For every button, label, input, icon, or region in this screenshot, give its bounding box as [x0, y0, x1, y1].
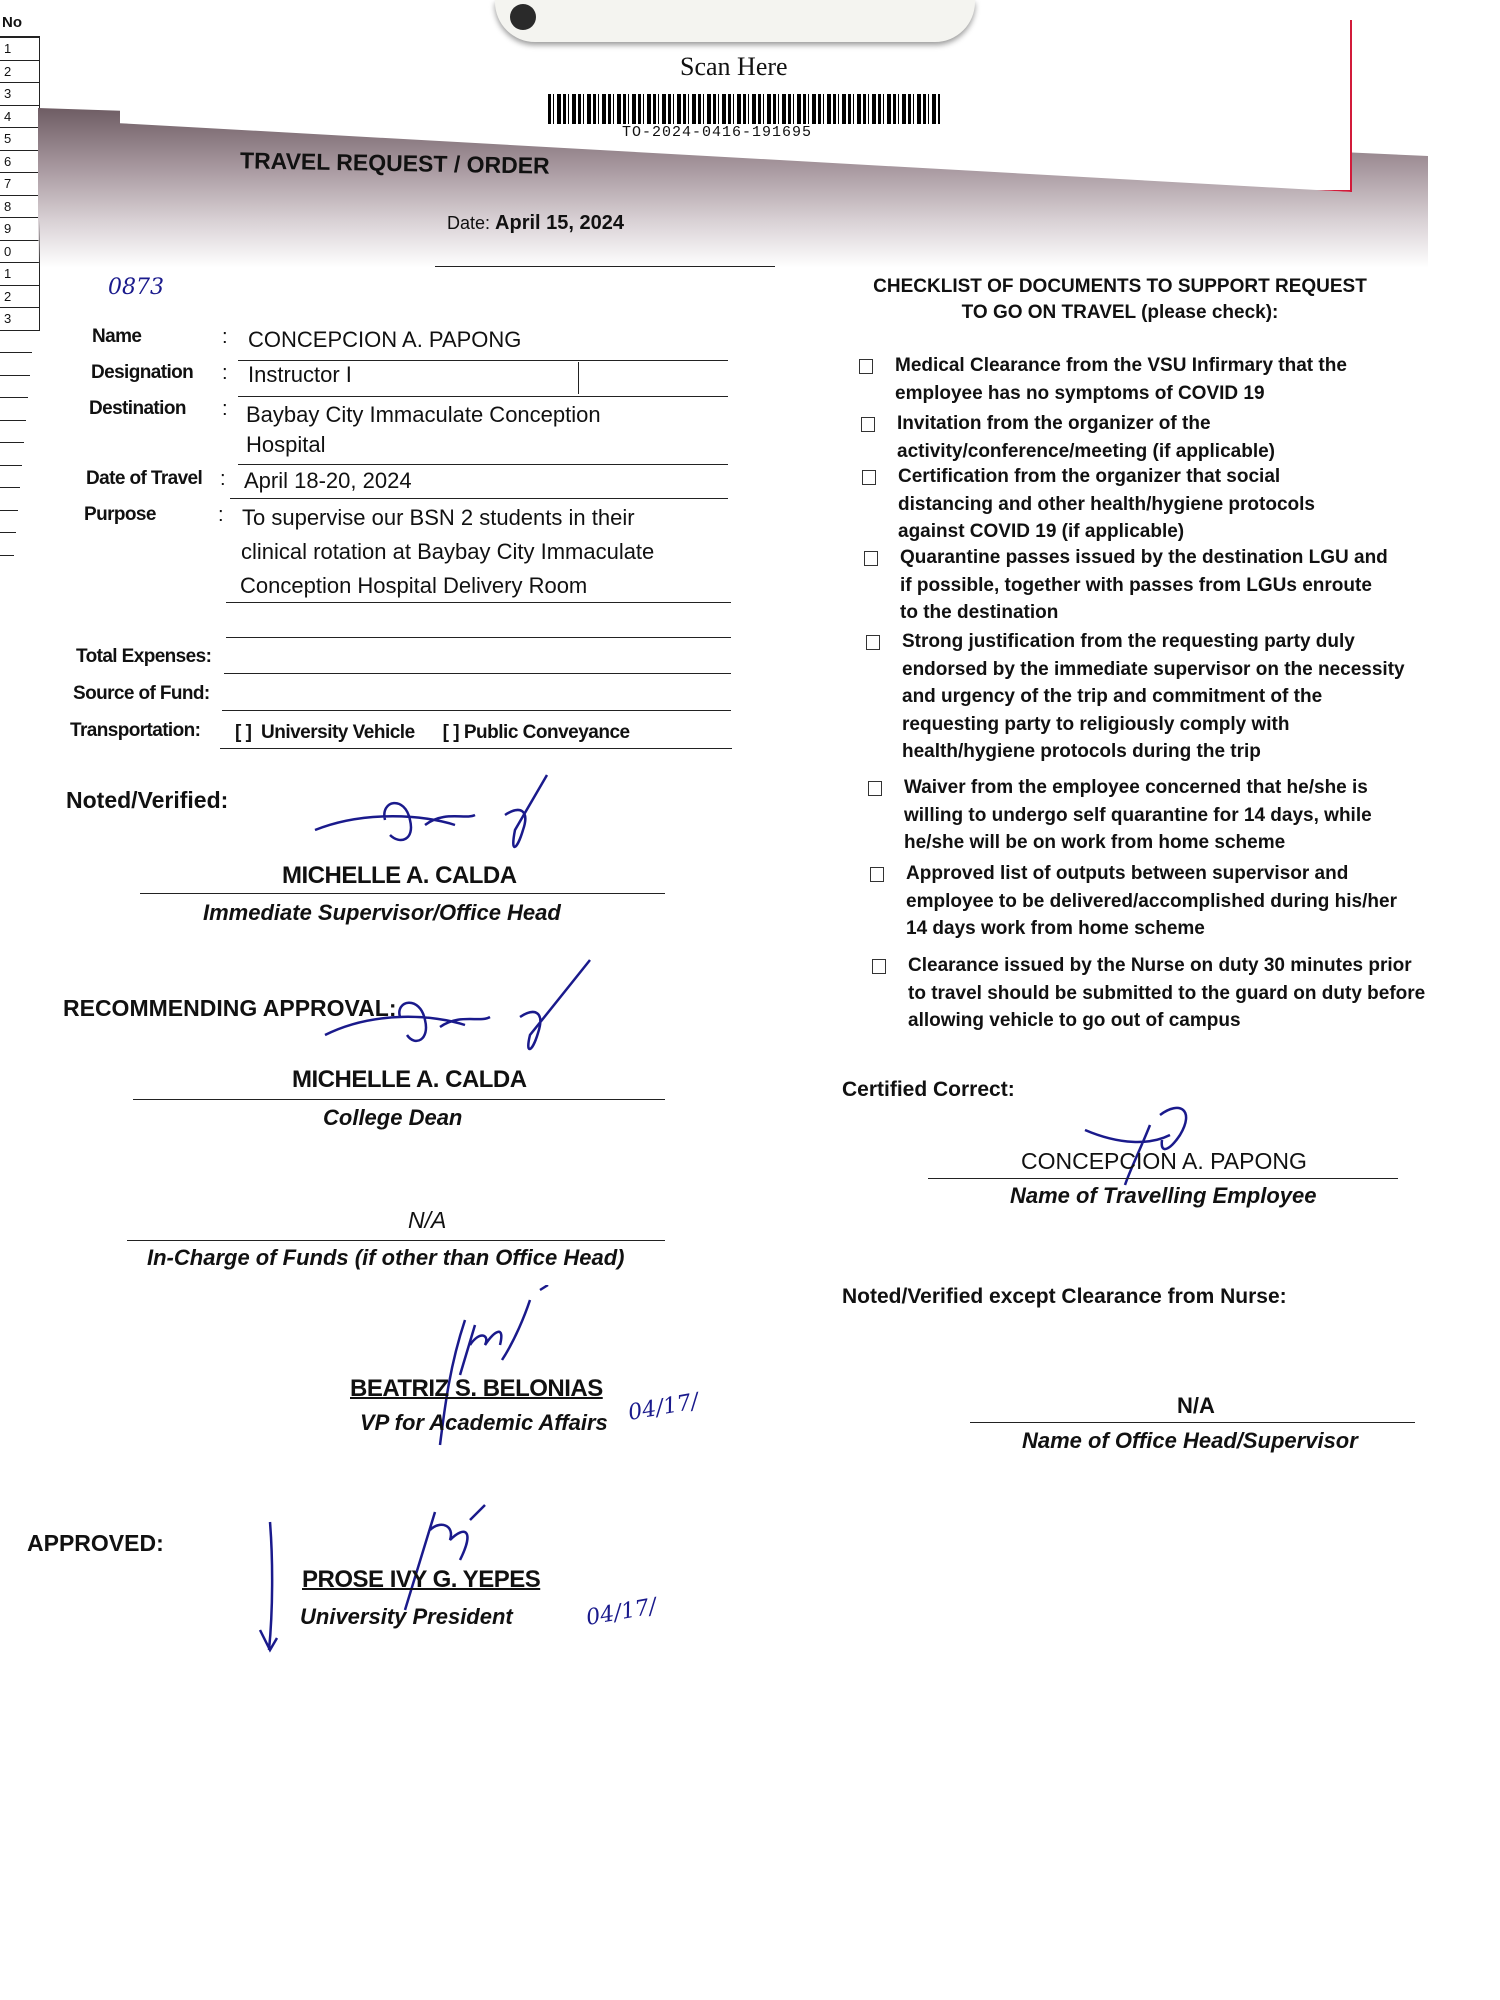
total-expenses-label: Total Expenses:	[76, 646, 211, 668]
checklist-item: Certification from the organizer that so…	[858, 463, 1378, 546]
index-number-column: No 1234567890123	[0, 14, 40, 556]
source-of-fund-field[interactable]	[222, 710, 731, 711]
date-label: Date:	[447, 213, 490, 233]
purpose-line-3[interactable]: Conception Hospital Delivery Room	[240, 573, 587, 599]
colon: :	[220, 468, 226, 491]
noted-verified-name: MICHELLE A. CALDA	[282, 862, 517, 890]
signature-line	[928, 1178, 1398, 1179]
signature-line	[970, 1422, 1415, 1423]
destination-underline	[238, 464, 728, 465]
colon: :	[222, 362, 228, 385]
checklist-item-text: Waiver from the employee concerned that …	[904, 774, 1424, 857]
index-cell: 6	[0, 151, 40, 174]
date-value: April 15, 2024	[495, 212, 624, 234]
nurse-exception-heading: Noted/Verified except Clearance from Nur…	[842, 1285, 1287, 1309]
checklist-title: CHECKLIST OF DOCUMENTS TO SUPPORT REQUES…	[870, 274, 1370, 326]
checkbox[interactable]	[872, 959, 886, 974]
checkbox-bracket: [ ]	[443, 722, 459, 743]
vp-name: BEATRIZ S. BELONIAS	[350, 1375, 603, 1403]
checklist-item-text: Quarantine passes issued by the destinat…	[900, 544, 1390, 627]
funds-role: In-Charge of Funds (if other than Office…	[147, 1245, 625, 1271]
university-vehicle-option[interactable]: [ ] University Vehicle	[235, 722, 415, 744]
designation-value[interactable]: Instructor I	[248, 362, 352, 388]
date-underline	[435, 266, 775, 267]
index-cell: 5	[0, 128, 40, 151]
checklist-item-text: Invitation from the organizer of the act…	[897, 410, 1377, 465]
vp-role: VP for Academic Affairs	[360, 1410, 608, 1436]
signature-line	[133, 1099, 665, 1100]
recommending-role: College Dean	[323, 1105, 462, 1131]
checklist-item-text: Strong justification from the requesting…	[902, 628, 1407, 766]
handwritten-control-number: 0873	[108, 275, 164, 300]
index-header: No	[0, 14, 40, 38]
public-conveyance-label: Public Conveyance	[464, 722, 630, 743]
transportation-label: Transportation:	[70, 720, 200, 742]
date-of-travel-underline	[230, 498, 728, 499]
nurse-exception-name: N/A	[1177, 1393, 1215, 1419]
approved-name: PROSE IVY G. YEPES	[302, 1566, 540, 1594]
index-cell: 3	[0, 83, 40, 106]
name-label: Name	[92, 326, 141, 348]
index-cell	[0, 353, 30, 376]
designation-label: Designation	[91, 362, 193, 384]
checkbox[interactable]	[864, 551, 878, 566]
certified-name: CONCEPCION A. PAPONG	[1021, 1148, 1307, 1175]
destination-label: Destination	[89, 398, 186, 420]
noted-verified-heading: Noted/Verified:	[66, 787, 228, 814]
checklist-item: Waiver from the employee concerned that …	[864, 774, 1424, 857]
index-cell	[0, 331, 32, 354]
checklist-item: Quarantine passes issued by the destinat…	[860, 544, 1390, 627]
index-cell: 1	[0, 38, 40, 61]
name-underline	[238, 360, 728, 361]
checklist-item-text: Certification from the organizer that so…	[898, 463, 1378, 546]
certified-correct-heading: Certified Correct:	[842, 1078, 1015, 1102]
certified-role: Name of Travelling Employee	[1010, 1183, 1316, 1209]
index-cell: 3	[0, 308, 40, 331]
university-vehicle-label: University Vehicle	[261, 722, 415, 743]
index-cell: 1	[0, 263, 40, 286]
checkbox[interactable]	[870, 867, 884, 882]
index-cell	[0, 398, 26, 421]
purpose-underline	[226, 602, 731, 603]
approved-heading: APPROVED:	[27, 1530, 164, 1557]
index-cell: 7	[0, 173, 40, 196]
checkbox[interactable]	[862, 470, 876, 485]
date-row: Date: April 15, 2024	[447, 212, 624, 235]
clipboard-clip	[495, 0, 975, 42]
destination-value-line2[interactable]: Hospital	[246, 432, 325, 458]
checklist-item-text: Medical Clearance from the VSU Infirmary…	[895, 352, 1395, 407]
checklist-item-text: Approved list of outputs between supervi…	[906, 860, 1406, 943]
checklist-title-line1: CHECKLIST OF DOCUMENTS TO SUPPORT REQUES…	[870, 274, 1370, 300]
scan-here-label: Scan Here	[680, 52, 788, 82]
checkbox[interactable]	[861, 417, 875, 432]
index-cell: 0	[0, 241, 40, 264]
destination-value-line1[interactable]: Baybay City Immaculate Conception	[246, 402, 601, 428]
index-cell: 4	[0, 106, 40, 129]
transportation-options: [ ] University Vehicle [ ] Public Convey…	[235, 722, 630, 744]
signature-line	[127, 1240, 665, 1241]
index-cell	[0, 421, 24, 444]
signature-calda-2	[315, 955, 595, 1065]
document-title: TRAVEL REQUEST / ORDER	[240, 147, 550, 179]
checkbox[interactable]	[866, 635, 880, 650]
purpose-line-2[interactable]: clinical rotation at Baybay City Immacul…	[241, 539, 654, 565]
noted-verified-role: Immediate Supervisor/Office Head	[203, 900, 561, 926]
purpose-label: Purpose	[84, 504, 156, 526]
barcode-number: TO-2024-0416-191695	[622, 124, 812, 141]
public-conveyance-option[interactable]: [ ] Public Conveyance	[443, 722, 630, 744]
index-cell	[0, 511, 16, 534]
checklist-item: Approved list of outputs between supervi…	[866, 860, 1406, 943]
index-cell	[0, 533, 14, 556]
total-expenses-field[interactable]	[224, 673, 731, 674]
index-rows: 1234567890123	[0, 38, 40, 556]
designation-divider	[578, 362, 579, 394]
checklist-item-text: Clearance issued by the Nurse on duty 30…	[908, 952, 1428, 1035]
index-cell	[0, 376, 28, 399]
approved-handwritten-date: 04/17/	[584, 1594, 658, 1631]
transportation-underline	[220, 748, 732, 749]
clip-hole	[510, 4, 536, 30]
colon: :	[222, 398, 228, 421]
blank-underline	[226, 637, 731, 638]
colon: :	[222, 326, 228, 349]
index-cell: 2	[0, 61, 40, 84]
checklist-item: Invitation from the organizer of the act…	[857, 410, 1377, 465]
signature-calda-1	[305, 770, 565, 860]
index-cell	[0, 466, 20, 489]
approved-role: University President	[300, 1604, 513, 1630]
index-cell: 8	[0, 196, 40, 219]
checklist-item: Medical Clearance from the VSU Infirmary…	[855, 352, 1395, 407]
colon: :	[218, 504, 224, 527]
designation-underline	[238, 396, 728, 397]
signature-line	[140, 893, 665, 894]
name-value[interactable]: CONCEPCION A. PAPONG	[248, 327, 521, 353]
date-of-travel-value[interactable]: April 18-20, 2024	[244, 468, 412, 494]
checkbox[interactable]	[868, 781, 882, 796]
source-of-fund-label: Source of Fund:	[73, 683, 210, 705]
barcode[interactable]	[548, 94, 940, 124]
funds-name: N/A	[408, 1207, 446, 1234]
checkbox-bracket: [ ]	[235, 722, 251, 743]
recommending-name: MICHELLE A. CALDA	[292, 1066, 527, 1094]
checkbox[interactable]	[859, 359, 873, 374]
index-cell	[0, 488, 18, 511]
date-of-travel-label: Date of Travel	[86, 468, 202, 490]
purpose-line-1[interactable]: To supervise our BSN 2 students in their	[242, 505, 635, 531]
checklist-item: Clearance issued by the Nurse on duty 30…	[868, 952, 1428, 1035]
checklist-title-line2: TO GO ON TRAVEL (please check):	[870, 300, 1370, 326]
checklist-item: Strong justification from the requesting…	[862, 628, 1407, 766]
index-cell	[0, 443, 22, 466]
index-cell: 9	[0, 218, 40, 241]
nurse-exception-role: Name of Office Head/Supervisor	[1022, 1428, 1358, 1454]
vp-handwritten-date: 04/17/	[626, 1389, 700, 1426]
index-cell: 2	[0, 286, 40, 309]
signature-papong	[1080, 1100, 1200, 1190]
